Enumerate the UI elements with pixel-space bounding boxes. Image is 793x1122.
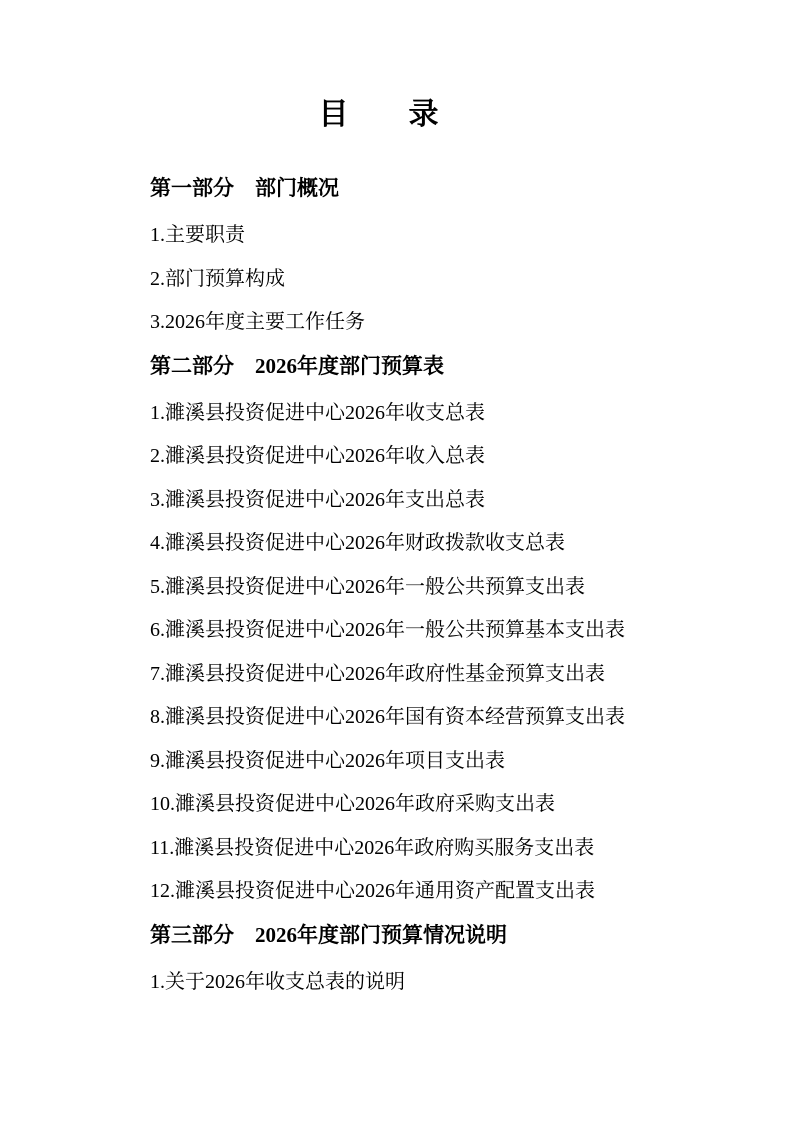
toc-item: 6.濉溪县投资促进中心2026年一般公共预算基本支出表 [150, 615, 713, 645]
table-of-contents: 第一部分 部门概况 1.主要职责 2.部门预算构成 3.2026年度主要工作任务… [0, 134, 793, 997]
page-title: 目 录 [0, 0, 775, 134]
toc-item: 5.濉溪县投资促进中心2026年一般公共预算支出表 [150, 572, 713, 602]
toc-item: 9.濉溪县投资促进中心2026年项目支出表 [150, 746, 713, 776]
toc-item: 12.濉溪县投资促进中心2026年通用资产配置支出表 [150, 876, 713, 906]
toc-section-heading-part1: 第一部分 部门概况 [150, 173, 713, 204]
toc-item: 3.2026年度主要工作任务 [150, 307, 713, 337]
toc-item: 2.濉溪县投资促进中心2026年收入总表 [150, 441, 713, 471]
toc-section-heading-part2: 第二部分 2026年度部门预算表 [150, 351, 713, 382]
toc-item: 4.濉溪县投资促进中心2026年财政拨款收支总表 [150, 528, 713, 558]
toc-item: 11.濉溪县投资促进中心2026年政府购买服务支出表 [150, 833, 713, 863]
toc-item: 10.濉溪县投资促进中心2026年政府采购支出表 [150, 789, 713, 819]
toc-item: 1.濉溪县投资促进中心2026年收支总表 [150, 398, 713, 428]
toc-item: 8.濉溪县投资促进中心2026年国有资本经营预算支出表 [150, 702, 713, 732]
toc-item: 1.主要职责 [150, 220, 713, 250]
toc-item: 1.关于2026年收支总表的说明 [150, 967, 713, 997]
toc-section-heading-part3: 第三部分 2026年度部门预算情况说明 [150, 920, 713, 951]
document-page: 目 录 第一部分 部门概况 1.主要职责 2.部门预算构成 3.2026年度主要… [0, 0, 793, 1122]
toc-item: 7.濉溪县投资促进中心2026年政府性基金预算支出表 [150, 659, 713, 689]
toc-item: 2.部门预算构成 [150, 264, 713, 294]
toc-item: 3.濉溪县投资促进中心2026年支出总表 [150, 485, 713, 515]
